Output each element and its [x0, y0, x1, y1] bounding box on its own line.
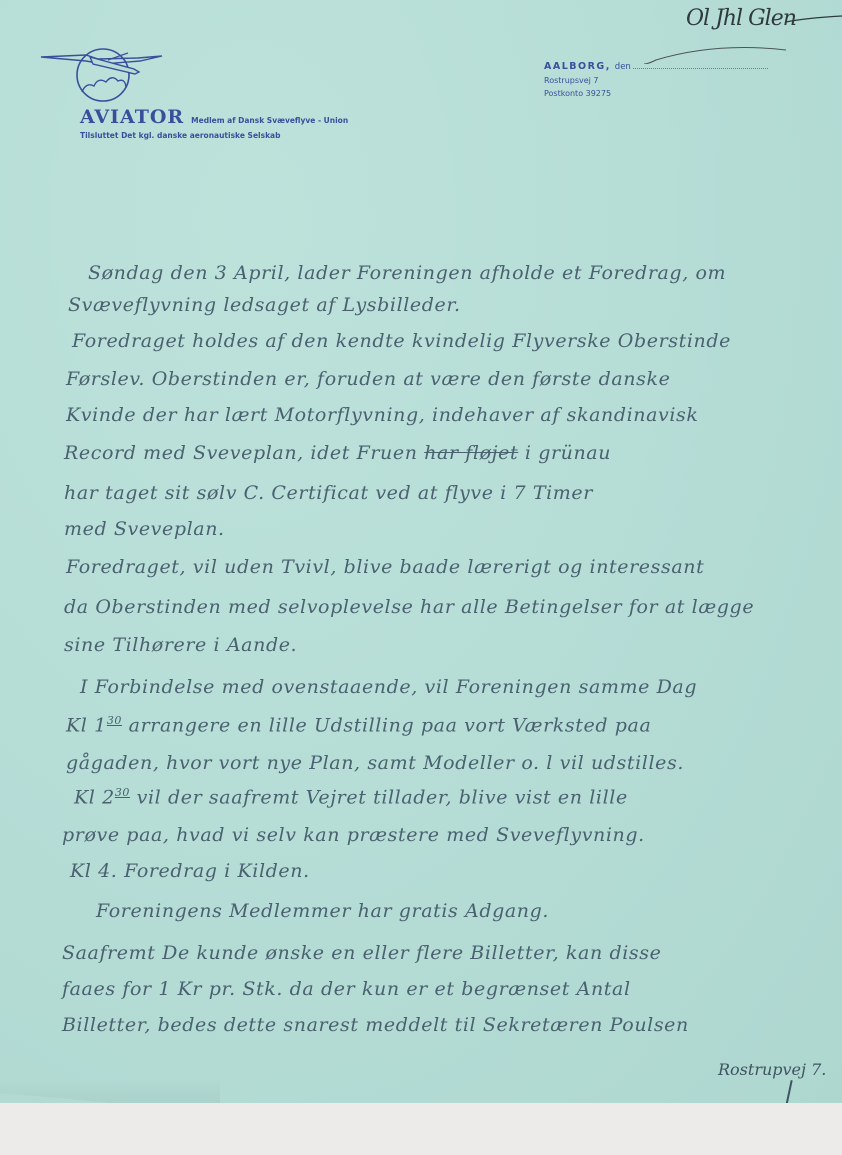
letter-line: sine Tilhørere i Aande.	[64, 634, 297, 656]
letter-line: prøve paa, hvad vi selv kan præstere med…	[62, 824, 645, 846]
letter-line: da Oberstinden med selvoplevelse har all…	[64, 596, 754, 618]
letter-line: Førslev. Oberstinden er, foruden at være…	[66, 368, 670, 390]
time-label: Kl 2	[74, 786, 115, 808]
closing-address: Rostrupvej 7.	[718, 1060, 826, 1079]
letter-line-part: arrangere en lille Udstilling paa vort V…	[129, 714, 652, 736]
letter-line: Foreningens Medlemmer har gratis Adgang.	[96, 900, 549, 922]
letter-body: Søndag den 3 April, lader Foreningen afh…	[0, 0, 842, 1103]
letter-line: faaes for 1 Kr pr. Stk. da der kun er et…	[62, 978, 631, 1000]
letter-line: Kvinde der har lært Motorflyvning, indeh…	[66, 404, 699, 426]
time-label: Kl 1	[66, 714, 107, 736]
letter-line: Record med Sveveplan, idet Fruen har flø…	[64, 442, 611, 464]
time-superscript: 30	[107, 714, 122, 727]
letter-line-part: Record med Sveveplan, idet Fruen	[64, 442, 424, 464]
letter-line: Kl 230 vil der saafremt Vejret tillader,…	[74, 786, 628, 808]
letter-line: Kl 4. Foredrag i Kilden.	[70, 860, 310, 882]
letter-line: gågaden, hvor vort nye Plan, samt Modell…	[66, 752, 684, 774]
scanner-bed	[0, 1103, 842, 1155]
letter-line: Svæveflyvning ledsaget af Lysbilleder.	[68, 294, 461, 316]
letter-line: har taget sit sølv C. Certificat ved at …	[64, 482, 593, 504]
letter-line: I Forbindelse med ovenstaaende, vil Fore…	[80, 676, 697, 698]
letter-line: Billetter, bedes dette snarest meddelt t…	[62, 1014, 689, 1036]
letter-line: Søndag den 3 April, lader Foreningen afh…	[88, 262, 726, 284]
letter-line-part: i grünau	[518, 442, 611, 464]
letter-line: Foredraget holdes af den kendte kvindeli…	[72, 330, 731, 352]
letter-line: Foredraget, vil uden Tvivl, blive baade …	[66, 556, 704, 578]
struck-text: har fløjet	[424, 442, 518, 464]
letter-line: med Sveveplan.	[64, 518, 225, 540]
letter-page: AVIATOR Medlem af Dansk Svæveflyve - Uni…	[0, 0, 842, 1103]
letter-line-part: vil der saafremt Vejret tillader, blive …	[137, 786, 628, 808]
time-superscript: 30	[115, 786, 130, 799]
letter-line: Kl 130 arrangere en lille Udstilling paa…	[66, 714, 651, 736]
letter-line: Saafremt De kunde ønske en eller flere B…	[62, 942, 661, 964]
